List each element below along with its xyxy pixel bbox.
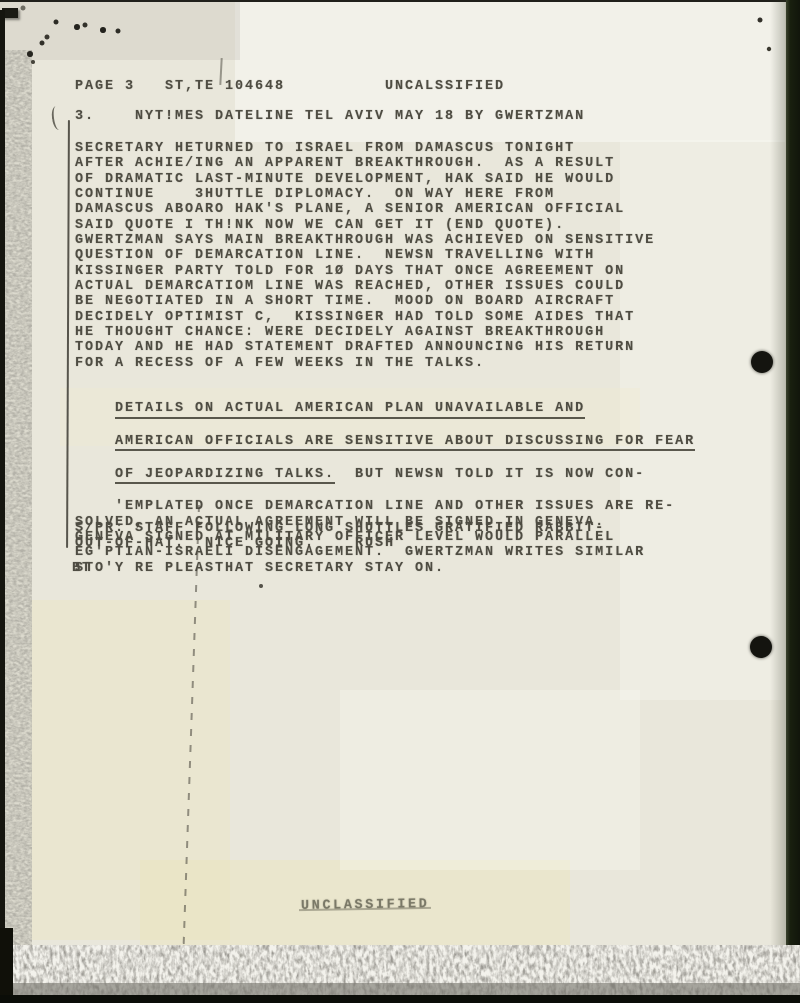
paren-mark xyxy=(50,105,64,130)
underlined-phrase: OF JEOPARDIZING TALKS. xyxy=(115,467,335,484)
underlined-line-1: DETAILS ON ACTUAL AMERICAN PLAN UNAVAILA… xyxy=(115,401,585,418)
left-edge-strip-bottom xyxy=(0,928,13,1003)
line3-rest: BUT NEWSN TOLD IT IS NOW CON- xyxy=(335,467,645,482)
top-edge-line xyxy=(0,0,800,2)
bottom-scan-texture xyxy=(0,945,800,996)
signoff-bt: BT xyxy=(72,561,92,576)
hole-punch-bottom xyxy=(750,636,772,658)
right-edge-strip xyxy=(786,0,800,1003)
left-edge-strip xyxy=(0,10,5,1003)
details-paragraph: DETAILS ON ACTUAL AMERICAN PLAN UNAVAILA… xyxy=(75,386,695,591)
left-scan-texture xyxy=(2,50,32,945)
margin-rule-line xyxy=(66,120,70,548)
scanned-telegram-page: PAGE 3 ST,TE 104648 UNCALSSIFIED 3. NYT!… xyxy=(0,0,800,1003)
right-edge-shadow xyxy=(770,0,787,1003)
bottom-black-edge xyxy=(0,995,800,1003)
scan-light-patch-low xyxy=(340,690,640,870)
staff-comment-paragraph: S/PR: STAFF FOLLOWING LONG SHUTTLES GRAT… xyxy=(75,521,605,552)
scan-gray-patch-topleft xyxy=(0,2,240,60)
item-line: 3. NYT!MES DATELINE TEL AVIV MAY 18 BY G… xyxy=(75,109,585,124)
scan-yellow-patch-left xyxy=(30,600,230,940)
underlined-line-2: AMERICAN OFFICIALS ARE SENSITIVE ABOUT D… xyxy=(115,434,695,451)
body-paragraph-1: SECRETARY HETURNED TO ISRAEL FROM DAMASC… xyxy=(75,141,655,371)
header-line: PAGE 3 ST,TE 104648 UNCALSSIFIED xyxy=(75,79,505,94)
unclassified-stamp: UNCLASSIFIED xyxy=(301,897,430,914)
